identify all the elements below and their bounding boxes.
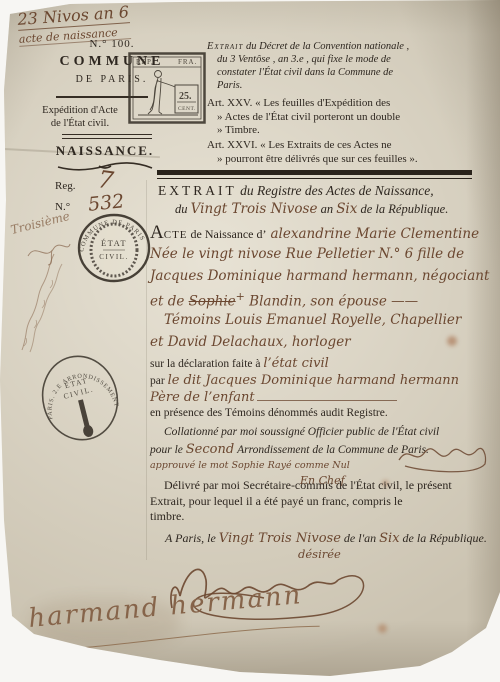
form-number: N.° 100. xyxy=(28,38,196,50)
art25-l2: » Actes de l'État civil porteront un dou… xyxy=(207,111,400,123)
commune-oval-stamp: COMMUNE DE PARIS ÉTAT CIVIL. xyxy=(76,212,152,284)
title-l2-p2: an xyxy=(321,202,334,216)
revenue-stamp-icon: REP. FRA. 25. CENT. xyxy=(128,52,206,124)
insertion-caret: + xyxy=(236,290,245,303)
act-line2: Née le vingt nivose Rue Pelletier N.° 6 … xyxy=(150,246,492,268)
art25-l3: » Timbre. xyxy=(207,124,260,136)
declarant-name: le dit Jacques Dominique harmand hermann xyxy=(168,373,459,388)
reg-label: Reg. xyxy=(55,180,75,192)
document-paper: 23 Nivos an 6 acte de naissance N.° 100.… xyxy=(0,0,500,682)
marginalia-script xyxy=(8,238,68,358)
arrondissement-value: Second xyxy=(186,442,234,457)
mother-name-struck: Sophie xyxy=(189,294,236,310)
decl-l2-print: par xyxy=(150,375,165,387)
dateline-year: Six xyxy=(379,531,399,546)
stamp-rep-label: REP. xyxy=(136,58,154,66)
stamp-fra-label: FRA. xyxy=(178,58,197,66)
delivery-l3: timbre. xyxy=(150,509,184,523)
oval-stamp-civil: CIVIL. xyxy=(99,253,128,261)
collation-l2-p1: pour le xyxy=(150,444,183,456)
marginal-note: Troisième xyxy=(9,209,71,237)
declarant-quality: Père de l’enfant xyxy=(150,390,255,405)
delivery-l1: Délivré par moi Secrétaire-commis de l'É… xyxy=(150,478,452,492)
act-caps: CTE xyxy=(164,229,188,241)
decree-intro: Extrait du Décret de la Convention natio… xyxy=(207,40,477,92)
act-line4: et de Sophie+ Blandin, son épouse —— xyxy=(150,290,492,312)
dateline-date: Vingt Trois Nivose xyxy=(219,531,341,546)
title-word: EXTRAIT xyxy=(158,183,237,198)
art25-l1: Art. XXV. « Les feuilles d'Expédition de… xyxy=(207,97,390,109)
blank-fill-line xyxy=(257,390,397,401)
officer-signature-flourish xyxy=(395,438,490,474)
declaration-block: sur la déclaration faite à l’état civil … xyxy=(150,356,492,424)
decl-l4: en présence des Témoins dénommés audit R… xyxy=(150,407,492,424)
dateline: A Paris, le Vingt Trois Nivose de l'an S… xyxy=(165,531,495,546)
title-l2-date: Vingt Trois Nivose xyxy=(191,201,318,217)
act-lead-rest: de Naissance d’ xyxy=(188,227,267,241)
delivery-block: Délivré par moi Secrétaire-commis de l'É… xyxy=(150,478,492,525)
title-l2-p1: du xyxy=(175,202,188,216)
title-rest: du Registre des Actes de Naissance, xyxy=(240,183,433,198)
title-bar xyxy=(157,170,472,179)
decree-art26: Art. XXVI. « Les Extraits de ces Actes n… xyxy=(207,139,479,166)
decree-intro-l1: du Décret de la Convention nationale , xyxy=(246,41,409,52)
dateline-p1: A Paris, le xyxy=(165,531,216,545)
delivery-l2: Extrait, pour lequel il a été payé un fr… xyxy=(150,494,403,508)
decree-art25: Art. XXV. « Les feuilles d'Expédition de… xyxy=(207,97,479,138)
decl-l1-hand: l’état civil xyxy=(263,356,328,371)
stamp-value: 25. xyxy=(179,91,192,102)
act-line6: et David Delachaux, horloger xyxy=(150,334,492,356)
scanned-document: 23 Nivos an 6 acte de naissance N.° 100.… xyxy=(0,0,500,682)
act-body: ACTE de Naissance d’ alexandrine Marie C… xyxy=(150,222,492,356)
decree-intro-l4: Paris. xyxy=(207,80,242,91)
oval-stamp-etat: ÉTAT xyxy=(101,238,127,248)
decree-intro-l2: du 3 Ventôse , an 3.e , qui fixe le mode… xyxy=(207,54,391,65)
approval-note: approuvé le mot Sophie Rayé comme Nul xyxy=(150,460,350,471)
title-l2-year: Six xyxy=(336,201,357,217)
decl-l1-print: sur la déclaration faite à xyxy=(150,358,260,370)
decree-lead: Extrait xyxy=(207,41,243,52)
dateline-p2: de l'an xyxy=(344,531,376,545)
masthead-double-rule xyxy=(62,134,152,139)
expedition-line2: de l'État civil. xyxy=(24,118,136,129)
title-l2-p3: de la République. xyxy=(361,202,449,216)
act-line3: Jacques Dominique harmand hermann, négoc… xyxy=(150,268,492,290)
dateline-p3: de la République. xyxy=(403,531,487,545)
naissance-label: NAISSANCE. xyxy=(30,143,180,159)
decree-intro-l3: constater l'État civil dans la Commune d… xyxy=(207,67,393,78)
child-name: alexandrine Marie Clementine xyxy=(270,226,479,242)
art26-l2: » pourront être délivrés que sur ces feu… xyxy=(207,153,418,165)
registre-title: EXTRAIT du Registre des Actes de Naissan… xyxy=(158,183,488,199)
act-l4-pre: et de xyxy=(150,294,189,310)
registre-title-line2: du Vingt Trois Nivose an Six de la Répub… xyxy=(175,201,495,217)
arrondissement-round-stamp: PARIS. 2.E ARRONDISSEMENT. ÉTAT CIVIL. xyxy=(28,343,132,453)
expedition-line1: Expédition d'Acte xyxy=(24,105,136,116)
act-l4-post: Blandin, son épouse —— xyxy=(245,294,418,310)
act-line5: Témoins Louis Emanuel Royelle, Chapellie… xyxy=(150,312,492,334)
expedition-block: Expédition d'Acte de l'État civil. xyxy=(24,105,136,129)
act-initial: A xyxy=(150,222,164,243)
stamp-unit: CENT. xyxy=(178,106,196,112)
art26-l1: Art. XXVI. « Les Extraits de ces Actes n… xyxy=(207,139,392,151)
